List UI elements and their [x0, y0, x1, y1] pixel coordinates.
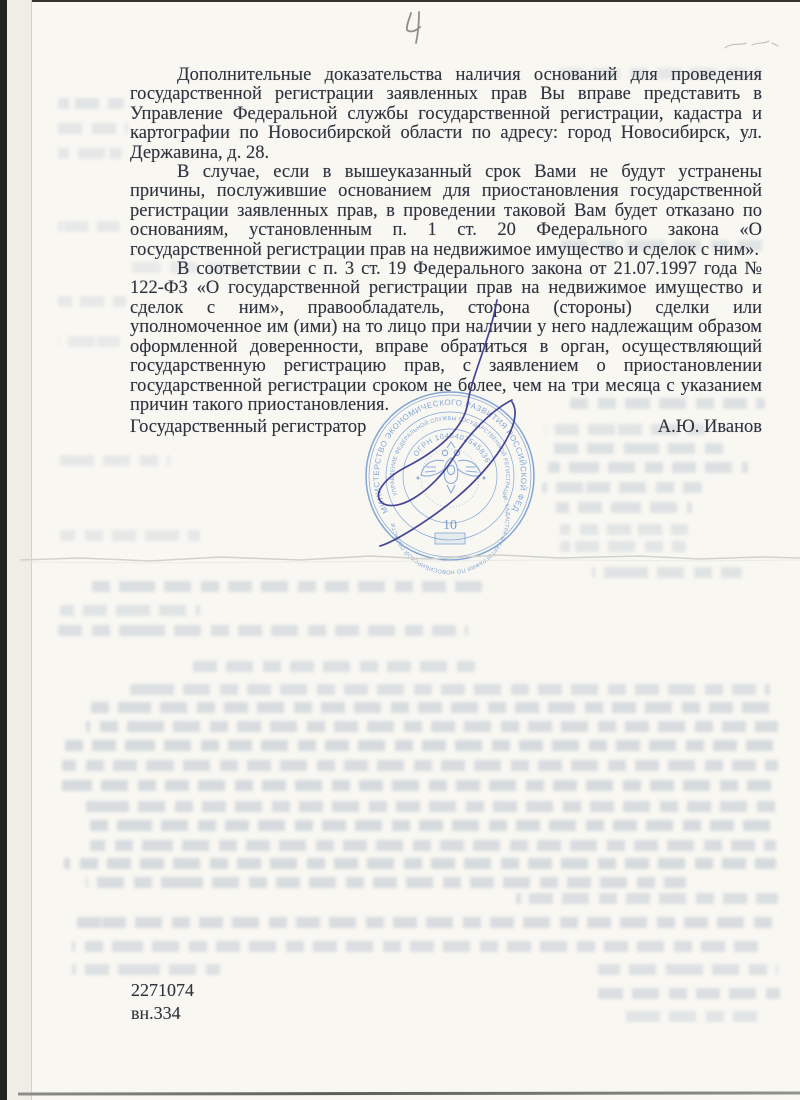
bleedthrough-line — [90, 702, 778, 713]
bleedthrough-line — [516, 893, 778, 904]
bleedthrough-line — [130, 684, 770, 695]
bleedthrough-line — [58, 123, 128, 134]
bleedthrough-line — [86, 820, 776, 831]
bleedthrough-line — [60, 605, 200, 616]
document-number: 2271074 — [131, 979, 194, 1002]
signatory-name: А.Ю. Иванов — [658, 417, 762, 438]
page-bottom-edge-line — [18, 1091, 800, 1095]
paragraph-additional-evidence: Дополнительные доказательства наличия ос… — [130, 66, 762, 163]
bleedthrough-line — [58, 98, 124, 109]
bleedthrough-line — [86, 721, 778, 732]
document-footer: 2271074 вн.334 — [131, 979, 194, 1024]
bleedthrough-line — [90, 840, 776, 851]
bleedthrough-line — [58, 625, 468, 636]
bleedthrough-line — [60, 455, 170, 466]
bleedthrough-line — [72, 964, 220, 975]
bleedthrough-line — [60, 530, 200, 541]
bleedthrough-line — [86, 877, 686, 888]
pencil-mark — [722, 34, 782, 56]
signatory-role: Государственный регистратор — [130, 417, 366, 438]
paragraph-refusal-warning: В случае, если в вышеуказанный срок Вами… — [130, 163, 762, 260]
bleedthrough-line — [64, 858, 776, 869]
bleedthrough-line — [72, 941, 758, 952]
fold-crease-line — [0, 548, 800, 568]
bleedthrough-line — [592, 567, 742, 578]
bleedthrough-line — [598, 988, 780, 999]
bleedthrough-line — [62, 760, 778, 771]
scanned-document-page: Дополнительные доказательства наличия ос… — [0, 0, 800, 1100]
bleedthrough-line — [58, 221, 120, 232]
bleedthrough-line — [58, 148, 122, 159]
bleedthrough-line — [60, 740, 778, 751]
bleedthrough-line — [190, 661, 480, 672]
handwritten-page-number — [402, 10, 430, 48]
bleedthrough-line — [58, 296, 126, 307]
handwritten-signature — [340, 280, 580, 580]
bleedthrough-line — [72, 917, 776, 928]
bleedthrough-line — [598, 964, 778, 975]
bleedthrough-line — [58, 336, 120, 347]
internal-number: вн.334 — [131, 1002, 194, 1025]
bleedthrough-line — [60, 780, 778, 791]
scan-top-edge — [0, 0, 800, 2]
bleedthrough-line — [618, 1011, 758, 1022]
bleedthrough-line — [80, 801, 778, 812]
